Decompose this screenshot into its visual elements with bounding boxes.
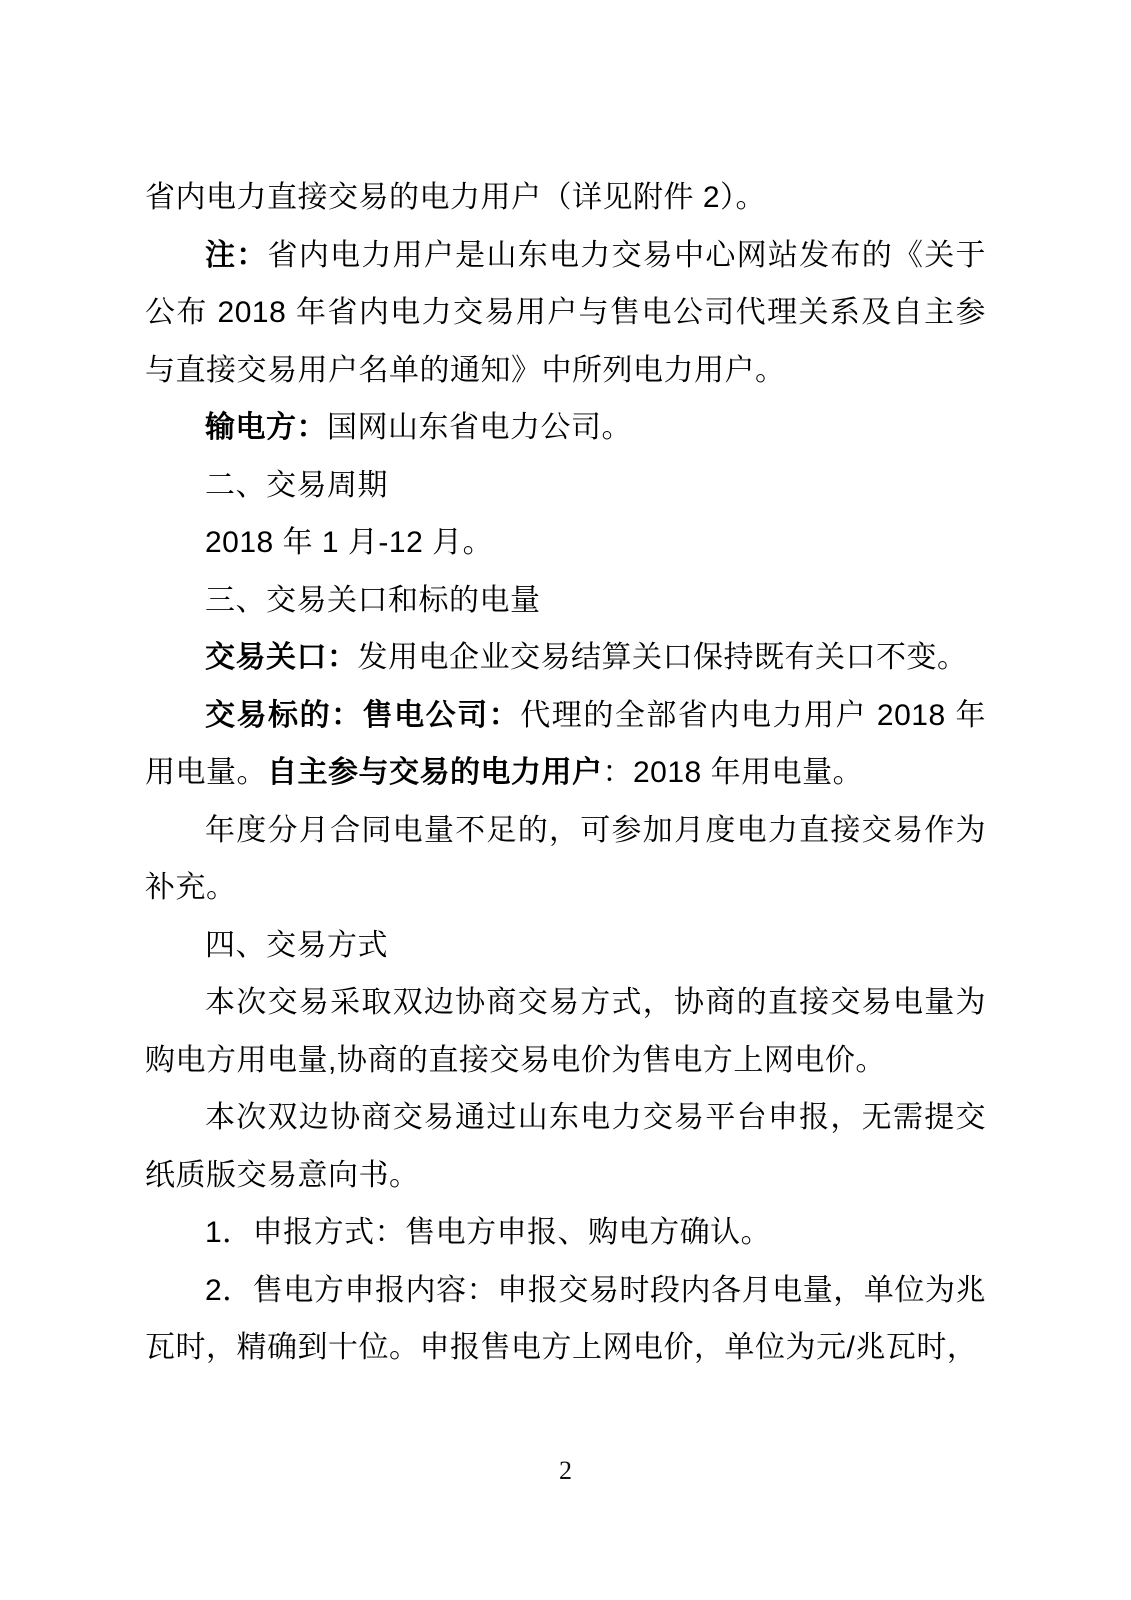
bold-text-run: 自主参与交易的电力用户 — [267, 756, 603, 789]
paragraph: 本次双边协商交易通过山东电力交易平台申报，无需提交纸质版交易意向书。 — [145, 1089, 986, 1204]
paragraph: 输电方：国网山东省电力公司。 — [145, 399, 986, 457]
bold-text-run: 注： — [205, 239, 268, 272]
bold-text-run: 输电方： — [205, 411, 327, 444]
paragraph: 交易关口：发用电企业交易结算关口保持既有关口不变。 — [145, 629, 986, 687]
paragraph: 1．申报方式：售电方申报、购电方确认。 — [145, 1204, 986, 1262]
paragraph: 2018 年 1 月-12 月。 — [145, 514, 986, 572]
paragraph: 年度分月合同电量不足的，可参加月度电力直接交易作为补充。 — [145, 802, 986, 917]
document-page: 省内电力直接交易的电力用户（详见附件 2）。注：省内电力用户是山东电力交易中心网… — [0, 0, 1131, 1600]
bold-text-run: 交易关口： — [205, 641, 358, 674]
paragraph: 四、交易方式 — [145, 917, 986, 975]
text-run: 四、交易方式 — [205, 929, 388, 962]
text-run: 二、交易周期 — [205, 469, 388, 502]
text-run: 省内电力直接交易的电力用户（详见附件 2）。 — [145, 181, 766, 214]
document-body: 省内电力直接交易的电力用户（详见附件 2）。注：省内电力用户是山东电力交易中心网… — [145, 169, 986, 1377]
text-run: 本次交易采取双边协商交易方式，协商的直接交易电量为购电方用电量,协商的直接交易电… — [145, 986, 986, 1077]
paragraph: 交易标的：售电公司：代理的全部省内电力用户 2018 年用电量。自主参与交易的电… — [145, 687, 986, 802]
paragraph: 2．售电方申报内容：申报交易时段内各月电量，单位为兆瓦时，精确到十位。申报售电方… — [145, 1262, 986, 1377]
text-run: 发用电企业交易结算关口保持既有关口不变。 — [358, 641, 968, 674]
text-run: ：2018 年用电量。 — [603, 756, 864, 789]
paragraph: 本次交易采取双边协商交易方式，协商的直接交易电量为购电方用电量,协商的直接交易电… — [145, 974, 986, 1089]
text-run: 2．售电方申报内容：申报交易时段内各月电量，单位为兆瓦时，精确到十位。申报售电方… — [145, 1274, 986, 1365]
paragraph: 省内电力直接交易的电力用户（详见附件 2）。 — [145, 169, 986, 227]
paragraph: 三、交易关口和标的电量 — [145, 572, 986, 630]
bold-text-run: 交易标的：售电公司： — [205, 699, 520, 732]
page-number: 2 — [0, 1456, 1131, 1486]
paragraph: 二、交易周期 — [145, 457, 986, 515]
paragraph: 注：省内电力用户是山东电力交易中心网站发布的《关于公布 2018 年省内电力交易… — [145, 227, 986, 400]
text-run: 三、交易关口和标的电量 — [205, 584, 541, 617]
text-run: 本次双边协商交易通过山东电力交易平台申报，无需提交纸质版交易意向书。 — [145, 1101, 986, 1192]
text-run: 年度分月合同电量不足的，可参加月度电力直接交易作为补充。 — [145, 814, 986, 905]
text-run: 2018 年 1 月-12 月。 — [205, 526, 493, 559]
text-run: 省内电力用户是山东电力交易中心网站发布的《关于公布 2018 年省内电力交易用户… — [145, 239, 986, 387]
text-run: 1．申报方式：售电方申报、购电方确认。 — [205, 1216, 771, 1249]
text-run: 国网山东省电力公司。 — [327, 411, 632, 444]
